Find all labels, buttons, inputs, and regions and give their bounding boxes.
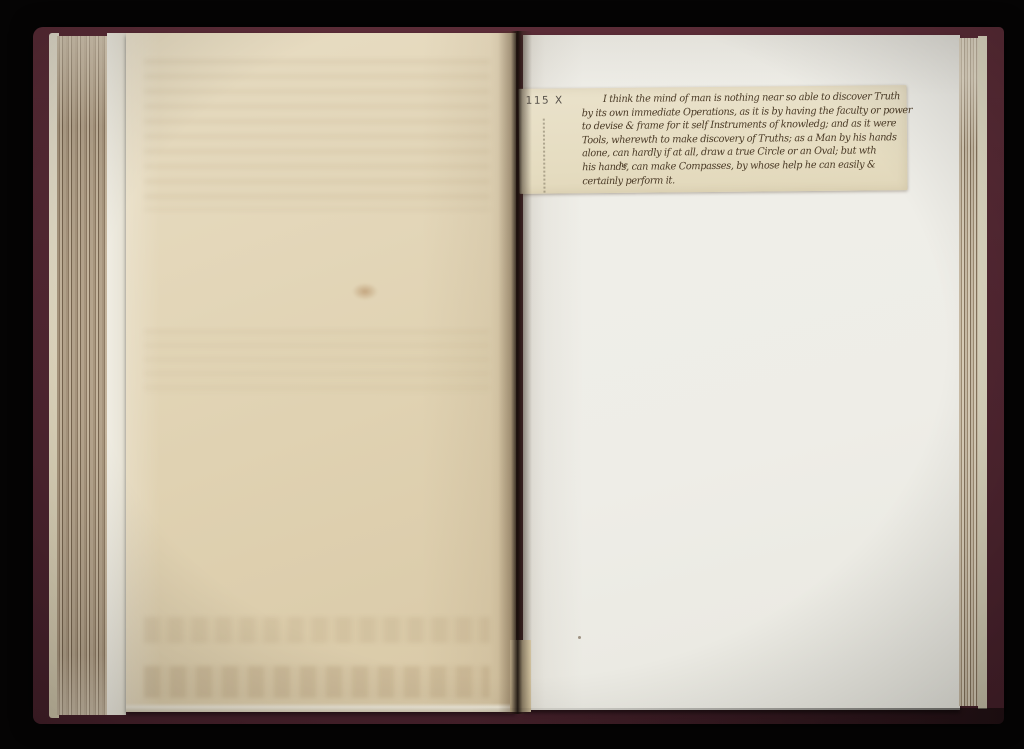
- open-book: 115 X I think the mind of man is nothing…: [33, 27, 1004, 724]
- show-through-text-band: [144, 329, 490, 395]
- left-page-bottom-edge: [126, 703, 516, 712]
- show-through-text-band: [144, 59, 490, 211]
- show-through-text-band: [144, 617, 490, 643]
- left-page-fore-edge: [57, 36, 107, 715]
- pasted-manuscript-slip: 115 X I think the mind of man is nothing…: [519, 85, 908, 194]
- right-page: 115 X I think the mind of man is nothing…: [523, 35, 960, 710]
- pencil-dotted-line: [543, 119, 546, 193]
- photograph-background: 115 X I think the mind of man is nothing…: [0, 0, 1024, 749]
- gutter-shadow: [498, 31, 532, 714]
- show-through-text-band: [144, 666, 490, 698]
- ink-stain: [352, 283, 378, 300]
- handwritten-text-block: I think the mind of man is nothing near …: [582, 90, 897, 188]
- left-page: [126, 33, 516, 712]
- right-page-fore-edge: [959, 38, 978, 706]
- paper-speck: [578, 636, 581, 639]
- handwritten-line: certainly perform it.: [582, 172, 896, 189]
- right-endpaper-edge: [978, 36, 987, 709]
- bottom-shadow: [470, 708, 1004, 724]
- left-flyleaf-edge: [107, 33, 126, 715]
- interlinear-insertion: he: [619, 161, 628, 169]
